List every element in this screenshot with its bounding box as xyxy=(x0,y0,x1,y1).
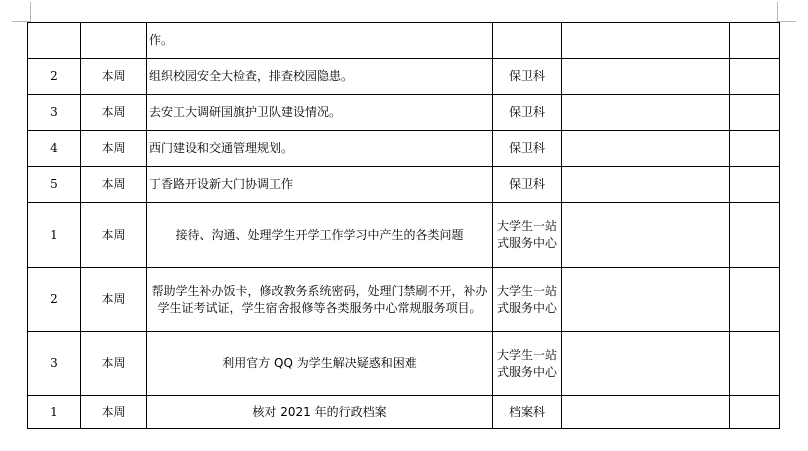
page-corner-mark-right xyxy=(777,2,796,22)
cell-empty xyxy=(730,396,780,429)
cell-task: 帮助学生补办饭卡，修改教务系统密码，处理门禁刷不开，补办学生证考试证，学生宿舍报… xyxy=(147,268,493,332)
cell-empty xyxy=(562,131,730,167)
cell-empty xyxy=(562,95,730,131)
table-row: 2 本周 帮助学生补办饭卡，修改教务系统密码，处理门禁刷不开，补办学生证考试证，… xyxy=(28,268,780,332)
table-row: 2 本周 组织校园安全大检查，排查校园隐患。 保卫科 xyxy=(28,59,780,95)
cell-empty xyxy=(730,59,780,95)
cell-empty xyxy=(730,95,780,131)
cell-time xyxy=(81,23,147,59)
table-row: 作。 xyxy=(28,23,780,59)
cell-time: 本周 xyxy=(81,203,147,268)
cell-time: 本周 xyxy=(81,332,147,396)
cell-time: 本周 xyxy=(81,268,147,332)
cell-empty xyxy=(730,131,780,167)
table-body: 作。 2 本周 组织校园安全大检查，排查校园隐患。 保卫科 3 本周 去安工大调… xyxy=(28,23,780,429)
cell-number: 4 xyxy=(28,131,81,167)
cell-department: 档案科 xyxy=(493,396,562,429)
cell-task: 利用官方 QQ 为学生解决疑惑和困难 xyxy=(147,332,493,396)
cell-empty xyxy=(562,167,730,203)
cell-empty xyxy=(562,59,730,95)
cell-empty xyxy=(730,167,780,203)
cell-department: 大学生一站式服务中心 xyxy=(493,203,562,268)
cell-number: 2 xyxy=(28,268,81,332)
cell-number: 1 xyxy=(28,396,81,429)
table-row: 3 本周 去安工大调研国旗护卫队建设情况。 保卫科 xyxy=(28,95,780,131)
cell-time: 本周 xyxy=(81,95,147,131)
cell-department: 大学生一站式服务中心 xyxy=(493,268,562,332)
table-row: 3 本周 利用官方 QQ 为学生解决疑惑和困难 大学生一站式服务中心 xyxy=(28,332,780,396)
cell-number: 3 xyxy=(28,95,81,131)
cell-empty xyxy=(562,396,730,429)
work-plan-table: 作。 2 本周 组织校园安全大检查，排查校园隐患。 保卫科 3 本周 去安工大调… xyxy=(27,22,780,429)
cell-task: 组织校园安全大检查，排查校园隐患。 xyxy=(147,59,493,95)
cell-number: 1 xyxy=(28,203,81,268)
cell-empty xyxy=(730,332,780,396)
cell-task: 作。 xyxy=(147,23,493,59)
cell-task: 核对 2021 年的行政档案 xyxy=(147,396,493,429)
cell-empty xyxy=(562,268,730,332)
cell-time: 本周 xyxy=(81,167,147,203)
cell-empty xyxy=(730,203,780,268)
cell-department: 大学生一站式服务中心 xyxy=(493,332,562,396)
cell-time: 本周 xyxy=(81,396,147,429)
cell-task: 丁香路开设新大门协调工作 xyxy=(147,167,493,203)
cell-empty xyxy=(562,332,730,396)
table-row: 1 本周 接待、沟通、处理学生开学工作学习中产生的各类问题 大学生一站式服务中心 xyxy=(28,203,780,268)
cell-time: 本周 xyxy=(81,59,147,95)
cell-department: 保卫科 xyxy=(493,59,562,95)
cell-time: 本周 xyxy=(81,131,147,167)
cell-task: 接待、沟通、处理学生开学工作学习中产生的各类问题 xyxy=(147,203,493,268)
cell-department: 保卫科 xyxy=(493,131,562,167)
cell-empty xyxy=(730,23,780,59)
cell-number: 2 xyxy=(28,59,81,95)
cell-department xyxy=(493,23,562,59)
cell-department: 保卫科 xyxy=(493,95,562,131)
cell-number xyxy=(28,23,81,59)
cell-empty xyxy=(730,268,780,332)
table-row: 5 本周 丁香路开设新大门协调工作 保卫科 xyxy=(28,167,780,203)
cell-task: 去安工大调研国旗护卫队建设情况。 xyxy=(147,95,493,131)
cell-empty xyxy=(562,23,730,59)
cell-number: 3 xyxy=(28,332,81,396)
cell-empty xyxy=(562,203,730,268)
table-row: 1 本周 核对 2021 年的行政档案 档案科 xyxy=(28,396,780,429)
page-corner-mark-left xyxy=(12,2,31,22)
table-row: 4 本周 西门建设和交通管理规划。 保卫科 xyxy=(28,131,780,167)
cell-task: 西门建设和交通管理规划。 xyxy=(147,131,493,167)
cell-number: 5 xyxy=(28,167,81,203)
cell-department: 保卫科 xyxy=(493,167,562,203)
